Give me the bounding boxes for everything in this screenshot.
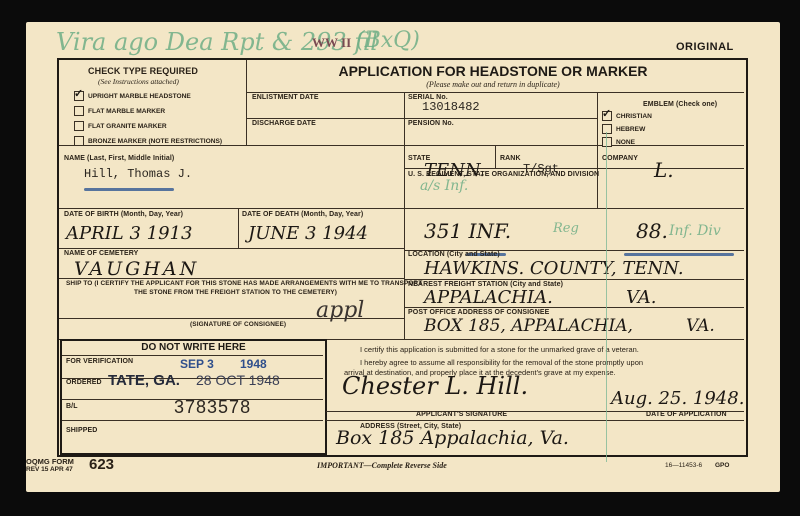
- checkbox-upright-marble[interactable]: [74, 91, 84, 101]
- name-value: Hill, Thomas J.: [84, 167, 192, 181]
- consignee-address-value: BOX 185, APPALACHIA,: [424, 316, 633, 336]
- blue-underline-mark: [84, 188, 174, 191]
- date-of-death-label: DATE OF DEATH (Month, Day, Year): [242, 211, 363, 218]
- checkbox-bronze[interactable]: [74, 136, 84, 146]
- division-value: 88.: [636, 219, 668, 243]
- form-line2: REV 15 APR 47: [26, 466, 74, 474]
- name-label: NAME (Last, First, Middle Initial): [64, 155, 174, 162]
- date-of-death-value: JUNE 3 1944: [248, 223, 368, 244]
- type-subheading: (See Instructions attached): [98, 77, 179, 86]
- bl-value: 3783578: [174, 397, 251, 418]
- freight-station-value: APPALACHIA.: [424, 287, 553, 308]
- company-label: COMPANY: [602, 155, 638, 162]
- cemetery-value: VAUGHAN: [74, 258, 199, 280]
- rank-label: RANK: [500, 155, 521, 162]
- ordered-label: ORDERED: [66, 379, 102, 386]
- emblem-heading: EMBLEM (Check one): [643, 101, 717, 108]
- location-label: LOCATION (City and State): [408, 251, 500, 258]
- emblem-hebrew-label: HEBREW: [616, 126, 645, 133]
- form-subtitle: (Please make out and return in duplicate…: [248, 80, 738, 89]
- checkbox-flat-marble[interactable]: [74, 106, 84, 116]
- verification-stamp-month: SEP 3: [180, 357, 214, 371]
- pension-no-label: PENSION No.: [408, 120, 454, 127]
- verification-stamp-year: 1948: [240, 357, 267, 371]
- freight-station-state: VA.: [626, 287, 657, 308]
- company-value: L.: [654, 158, 674, 182]
- green-paren-annotation: (BxQ): [356, 28, 420, 53]
- option-flat-granite-label: FLAT GRANITE MARKER: [88, 123, 167, 130]
- checkbox-christian[interactable]: [602, 111, 612, 121]
- certification-line2: I hereby agree to assume all responsibil…: [360, 358, 643, 367]
- certification-line1: I certify this application is submitted …: [360, 345, 639, 354]
- application-date-value: Aug. 25. 1948.: [611, 388, 744, 409]
- enlistment-date-label: ENLISTMENT DATE: [252, 94, 319, 101]
- original-label: ORIGINAL: [676, 41, 734, 53]
- address-value: Box 185 Appalachia, Va.: [336, 427, 569, 449]
- option-bronze-label: BRONZE MARKER (NOTE RESTRICTIONS): [88, 138, 222, 145]
- applicant-signature-value: Chester L. Hill.: [342, 372, 528, 400]
- regiment-green-note: a/s Inf.: [420, 178, 468, 194]
- regiment-green-reg: Reg: [553, 221, 579, 236]
- consignee-signature-label: (SIGNATURE OF CONSIGNEE): [190, 321, 286, 328]
- checkbox-none[interactable]: [602, 137, 612, 147]
- shipped-label: SHIPPED: [66, 427, 97, 434]
- blue-mark: [624, 253, 734, 256]
- cemetery-label: NAME OF CEMETERY: [64, 250, 138, 257]
- green-vertical-mark: [606, 132, 607, 462]
- regiment-value: 351 INF.: [424, 219, 511, 243]
- division-green-note: Inf. Div: [669, 223, 721, 239]
- print-code: 16—11453-6: [665, 462, 702, 469]
- ordered-stamp-place: TATE, GA.: [108, 372, 180, 389]
- checkbox-hebrew[interactable]: [602, 124, 612, 134]
- serial-no-value: 13018482: [422, 100, 480, 114]
- location-value: HAWKINS. COUNTY, TENN.: [424, 258, 684, 279]
- applicant-signature-label: APPLICANT'S SIGNATURE: [416, 411, 507, 418]
- emblem-christian-label: CHRISTIAN: [616, 113, 652, 120]
- consignee-address-label: POST OFFICE ADDRESS OF CONSIGNEE: [408, 309, 549, 316]
- consignee-address-state: VA.: [686, 316, 715, 336]
- regiment-label: U. S. REGIMENT, STATE ORGANIZATION, AND …: [408, 171, 599, 178]
- emblem-none-label: NONE: [616, 139, 635, 146]
- important-note: IMPORTANT—Complete Reverse Side: [317, 461, 447, 470]
- form-id: OQMG FORM REV 15 APR 47: [26, 458, 74, 474]
- form-line1: OQMG FORM: [26, 458, 74, 466]
- ship-to-label-2: THE STONE FROM THE FREIGHT STATION TO TH…: [134, 289, 337, 296]
- consignee-signature-value: appl: [316, 298, 364, 323]
- ship-to-label: SHIP TO (I CERTIFY THE APPLICANT FOR THI…: [66, 280, 422, 287]
- date-of-birth-value: APRIL 3 1913: [66, 223, 192, 244]
- verification-label: FOR VERIFICATION: [66, 358, 133, 365]
- discharge-date-label: DISCHARGE DATE: [252, 120, 316, 127]
- type-heading: CHECK TYPE REQUIRED: [88, 66, 198, 76]
- application-date-label: DATE OF APPLICATION: [646, 411, 727, 418]
- gpo-mark: GPO: [715, 462, 729, 469]
- form-title: APPLICATION FOR HEADSTONE OR MARKER: [248, 63, 738, 79]
- option-flat-marble-label: FLAT MARBLE MARKER: [88, 108, 165, 115]
- headstone-application-card: Vira ago Dea Rpt & 293 fil WW II (BxQ) O…: [26, 22, 780, 492]
- checkbox-flat-granite[interactable]: [74, 121, 84, 131]
- option-upright-marble-label: UPRIGHT MARBLE HEADSTONE: [88, 93, 191, 100]
- bl-label: B/L: [66, 403, 78, 410]
- date-of-birth-label: DATE OF BIRTH (Month, Day, Year): [64, 211, 183, 218]
- form-number: 623: [89, 456, 114, 473]
- ordered-stamp-date: 28 OCT 1948: [196, 372, 280, 388]
- ww2-stamp: WW II: [312, 35, 351, 51]
- office-use-heading: DO NOT WRITE HERE: [62, 342, 325, 353]
